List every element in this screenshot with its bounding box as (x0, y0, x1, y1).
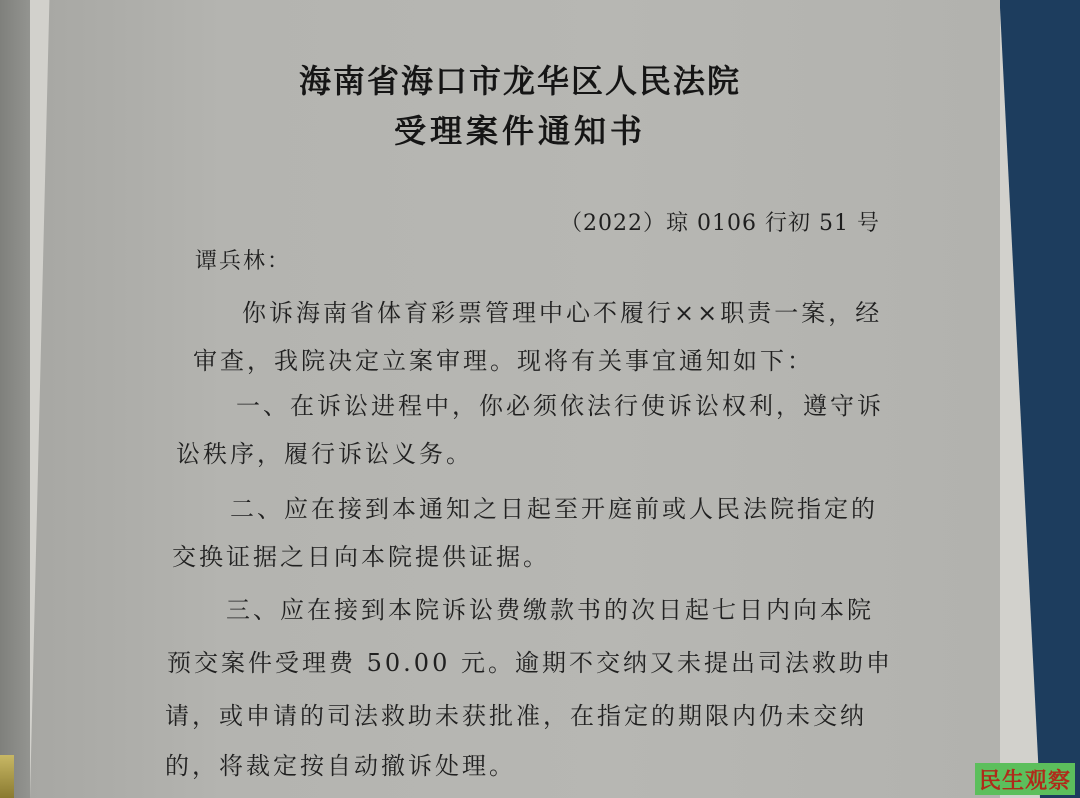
notice-title: 受理案件通知书 (0, 106, 1040, 152)
body-line: 请，或申请的司法救助未获批准，在指定的期限内仍未交纳 (165, 696, 867, 731)
body-line: 一、在诉讼进程中，你必须依法行使诉讼权利，遵守诉 (236, 386, 884, 421)
case-number: （2022）琼 0106 行初 51 号 (560, 206, 880, 237)
body-line: 审查，我院决定立案审理。现将有关事宜通知如下： (193, 341, 814, 376)
watermark-logo: 民生观察 (975, 763, 1075, 795)
body-line: 二、应在接到本通知之日起至开庭前或人民法院指定的 (230, 489, 878, 524)
body-line: 你诉海南省体育彩票管理中心不履行××职责一案，经 (242, 293, 882, 328)
addressee: 谭兵林： (195, 244, 291, 275)
body-line: 交换证据之日向本院提供证据。 (172, 537, 550, 572)
court-name-title: 海南省海口市龙华区人民法院 (0, 56, 1040, 102)
body-line: 三、应在接到本院诉讼费缴款书的次日起七日内向本院 (226, 590, 874, 625)
body-line: 讼秩序，履行诉讼义务。 (176, 434, 473, 469)
document-content: 海南省海口市龙华区人民法院 受理案件通知书 （2022）琼 0106 行初 51… (0, 0, 1080, 798)
body-line: 预交案件受理费 50.00 元。逾期不交纳又未提出司法救助申 (167, 643, 893, 678)
body-line: 的，将裁定按自动撤诉处理。 (165, 746, 516, 781)
